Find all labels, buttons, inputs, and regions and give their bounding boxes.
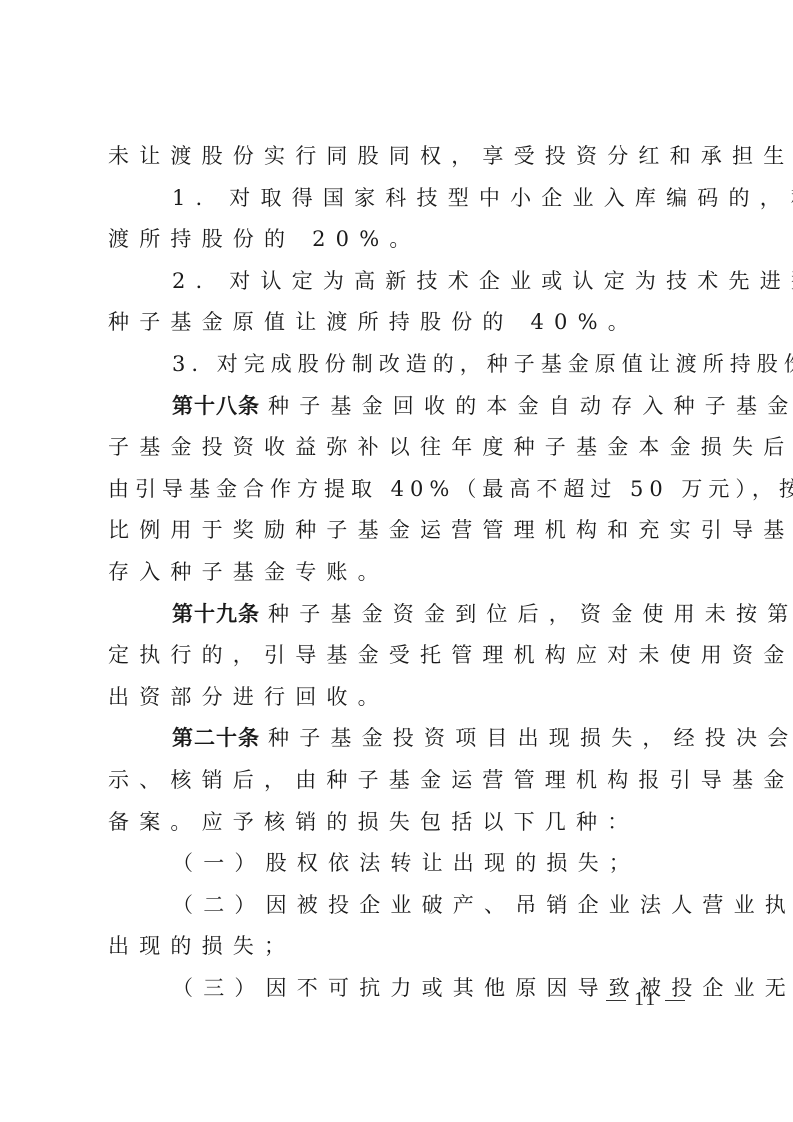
page-number: 11 (598, 988, 693, 1011)
text-line: 备案。应予核销的损失包括以下几种： (108, 802, 690, 844)
text-line: 未让渡股份实行同股同权，享受投资分红和承担生产经营损失。 (108, 136, 690, 178)
text-line: 示、核销后，由种子基金运营管理机构报引导基金受托管理机构 (108, 760, 690, 802)
text-line: 子基金投资收益弥补以往年度种子基金本金损失后的收益部分， (108, 427, 690, 469)
text-line: 出现的损失； (108, 926, 690, 968)
article-text: 种子基金资金到位后，资金使用未按第十一条规 (268, 602, 793, 626)
page-number-value: 11 (634, 988, 657, 1010)
text-line: 定执行的，引导基金受托管理机构应对未使用资金中引导基金的 (108, 635, 690, 677)
text-line: 存入种子基金专账。 (108, 552, 690, 594)
article-text: 种子基金回收的本金自动存入种子基金专账。种 (268, 394, 793, 418)
article-heading: 第十八条 (172, 394, 260, 418)
dash-left (606, 1000, 626, 1001)
dash-right (665, 1000, 685, 1001)
article-heading: 第十九条 (172, 602, 260, 626)
text-line: 比例用于奖励种子基金运营管理机构和充实引导基金，其余部分 (108, 510, 690, 552)
loss-item-2: （二）因被投企业破产、吊销企业法人营业执照等原因清算 (108, 885, 690, 927)
list-item-3: 3. 对完成股份制改造的，种子基金原值让渡所持股份的 60%。 (108, 344, 690, 386)
article-heading: 第二十条 (172, 726, 260, 750)
article-19: 第十九条种子基金资金到位后，资金使用未按第十一条规 (108, 594, 690, 636)
list-item-1: 1. 对取得国家科技型中小企业入库编码的，种子基金原值让 (108, 178, 690, 220)
list-item-2: 2. 对认定为高新技术企业或认定为技术先进型服务企业的， (108, 261, 690, 303)
text-line: 由引导基金合作方提取 40%（最高不超过 50 万元），按照 6:4 的 (108, 469, 690, 511)
article-text: 种子基金投资项目出现损失，经投决会审定、公 (268, 726, 793, 750)
article-18: 第十八条种子基金回收的本金自动存入种子基金专账。种 (108, 386, 690, 428)
loss-item-1: （一）股权依法转让出现的损失； (108, 843, 690, 885)
text-line: 渡所持股份的 20%。 (108, 219, 690, 261)
document-body: 未让渡股份实行同股同权，享受投资分红和承担生产经营损失。 1. 对取得国家科技型… (108, 136, 690, 1009)
article-20: 第二十条种子基金投资项目出现损失，经投决会审定、公 (108, 718, 690, 760)
text-line: 种子基金原值让渡所持股份的 40%。 (108, 302, 690, 344)
text-line: 出资部分进行回收。 (108, 677, 690, 719)
